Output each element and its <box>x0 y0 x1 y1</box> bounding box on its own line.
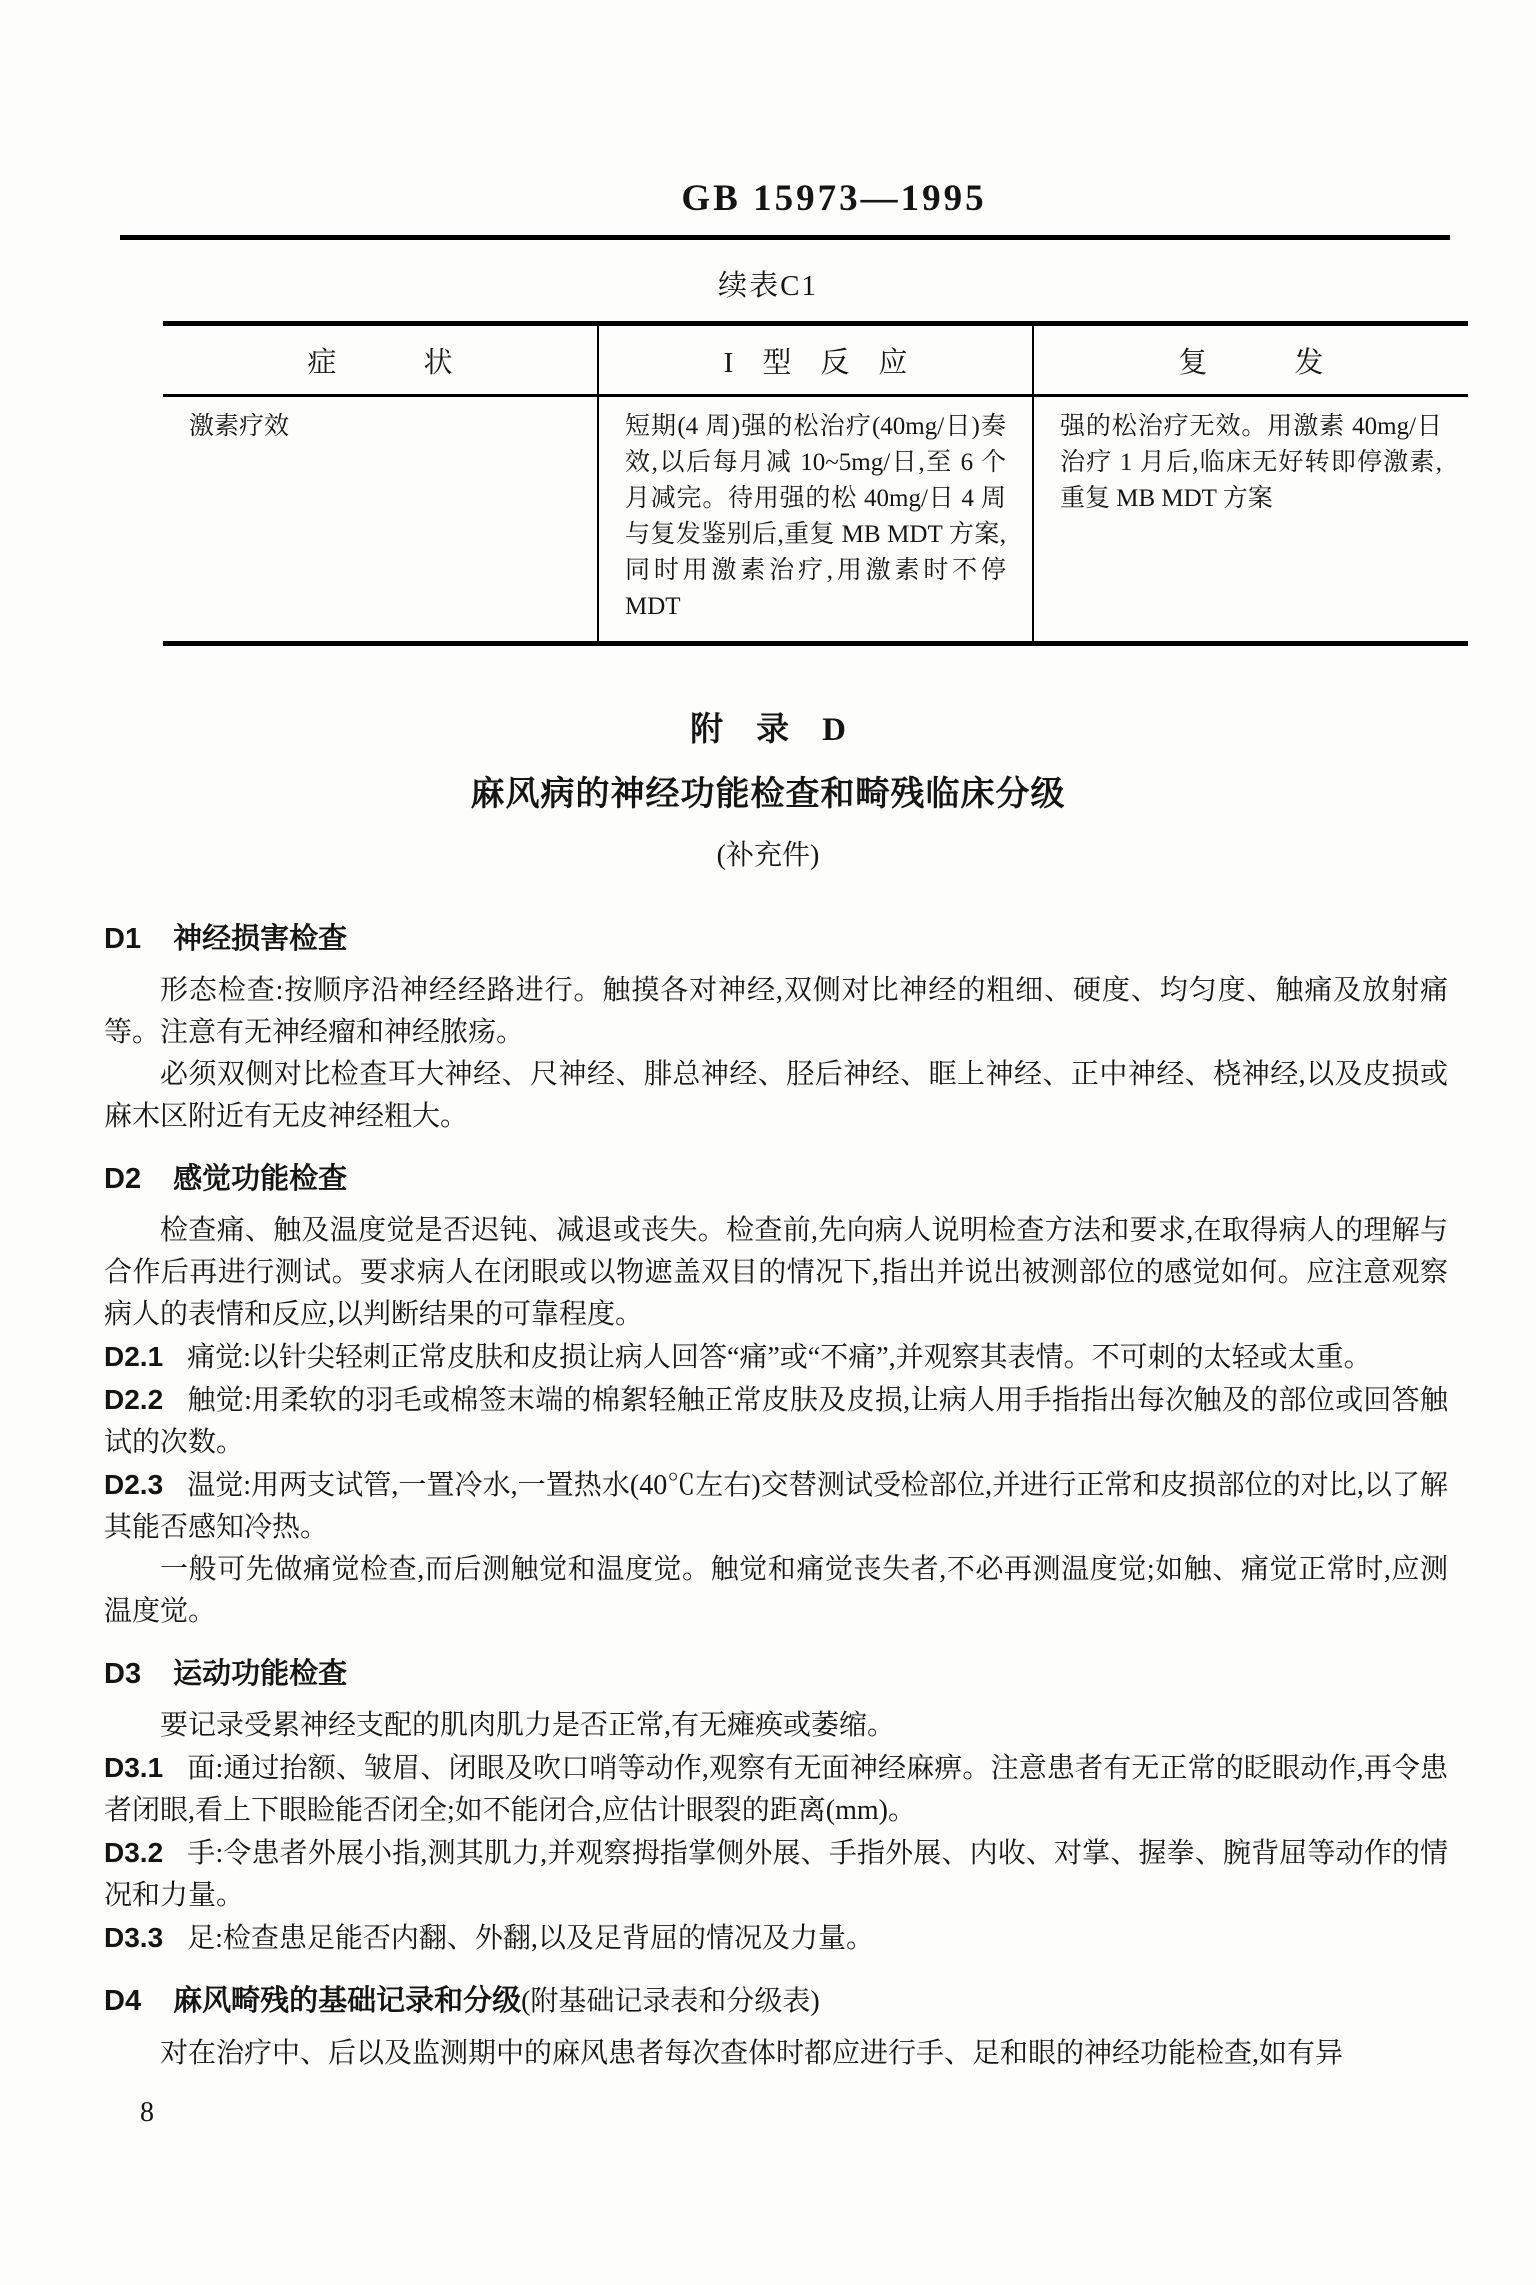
clause-text: 面:通过抬额、皱眉、闭眼及吹口哨等动作,观察有无面神经麻痹。注意患者有无正常的眨… <box>104 1753 1448 1826</box>
table-header-row: 症 状 I 型 反 应 复 发 <box>163 324 1468 396</box>
clause-d2-3: D2.3温觉:用两支试管,一置冷水,一置热水(40℃左右)交替测试受检部位,并进… <box>104 1464 1448 1549</box>
clause-text: 手:令患者外展小指,测其肌力,并观察拇指掌侧外展、手指外展、内收、对掌、握拳、腕… <box>104 1838 1448 1911</box>
section-title: 感觉功能检查 <box>173 1163 347 1195</box>
section-title: 运动功能检查 <box>173 1658 347 1690</box>
clause-d3-1: D3.1面:通过抬额、皱眉、闭眼及吹口哨等动作,观察有无面神经麻痹。注意患者有无… <box>104 1747 1448 1832</box>
col-header-relapse: 复 发 <box>1033 324 1468 396</box>
table-caption: 续表C1 <box>0 266 1536 306</box>
section-title: 神经损害检查 <box>173 923 347 955</box>
table-row: 激素疗效 短期(4 周)强的松治疗(40mg/日)奏效,以后每月减 10~5mg… <box>163 396 1468 644</box>
paragraph-d2-outro: 一般可先做痛觉检查,而后测触觉和温度觉。触觉和痛觉丧失者,不必再测温度觉;如触、… <box>104 1549 1448 1633</box>
section-heading-d1: D1神经损害检查 <box>104 918 1448 960</box>
section-number: D3 <box>104 1658 141 1690</box>
paragraph-d3-intro: 要记录受累神经支配的肌肉肌力是否正常,有无瘫痪或萎缩。 <box>104 1705 1448 1747</box>
clause-d3-2: D3.2手:令患者外展小指,测其肌力,并观察拇指掌侧外展、手指外展、内收、对掌、… <box>104 1832 1448 1917</box>
paragraph-d4-1: 对在治疗中、后以及监测期中的麻风患者每次查体时都应进行手、足和眼的神经功能检查,… <box>104 2033 1448 2075</box>
section-heading-d3: D3运动功能检查 <box>104 1653 1448 1695</box>
appendix-subtitle: 麻风病的神经功能检查和畸残临床分级 <box>0 772 1536 818</box>
clause-number: D2.1 <box>104 1341 163 1372</box>
page-number: 8 <box>140 2093 1536 2133</box>
appendix-title: 附 录 D <box>0 708 1536 752</box>
clause-number: D3.2 <box>104 1837 163 1868</box>
section-title: 麻风畸残的基础记录和分级 <box>173 1985 521 2017</box>
section-title-suffix: (附基础记录表和分级表) <box>521 1986 820 2017</box>
clause-text: 痛觉:以针尖轻刺正常皮肤和皮损让病人回答“痛”或“不痛”,并观察其表情。不可刺的… <box>187 1342 1372 1373</box>
clause-text: 触觉:用柔软的羽毛或棉签末端的棉絮轻触正常皮肤及皮损,让病人用手指指出每次触及的… <box>104 1385 1448 1458</box>
section-number: D1 <box>104 923 141 955</box>
clause-number: D2.3 <box>104 1469 163 1500</box>
section-heading-d4: D4麻风畸残的基础记录和分级(附基础记录表和分级表) <box>104 1980 1448 2023</box>
clause-d2-2: D2.2触觉:用柔软的羽毛或棉签末端的棉絮轻触正常皮肤及皮损,让病人用手指指出每… <box>104 1379 1448 1464</box>
document-page: GB 15973—1995 续表C1 症 状 I 型 反 应 复 发 激素疗效 … <box>0 0 1536 2285</box>
section-number: D4 <box>104 1985 141 2017</box>
header-rule <box>120 235 1450 240</box>
clause-text: 足:检查患足能否内翻、外翻,以及足背屈的情况及力量。 <box>187 1923 874 1954</box>
cell-symptom: 激素疗效 <box>163 396 598 644</box>
doc-code: GB 15973—1995 <box>66 0 1536 222</box>
section-number: D2 <box>104 1163 141 1195</box>
clause-text: 温觉:用两支试管,一置冷水,一置热水(40℃左右)交替测试受检部位,并进行正常和… <box>104 1470 1448 1543</box>
clause-number: D3.3 <box>104 1922 163 1953</box>
clause-d2-1: D2.1痛觉:以针尖轻刺正常皮肤和皮损让病人回答“痛”或“不痛”,并观察其表情。… <box>104 1336 1448 1379</box>
paragraph-d2-intro: 检查痛、触及温度觉是否迟钝、减退或丧失。检查前,先向病人说明检查方法和要求,在取… <box>104 1210 1448 1336</box>
cell-relapse: 强的松治疗无效。用激素 40mg/日治疗 1 月后,临床无好转即停激素,重复 M… <box>1033 396 1468 644</box>
col-header-type1-reaction: I 型 反 应 <box>598 324 1033 396</box>
clause-number: D3.1 <box>104 1752 163 1783</box>
appendix-note: (补充件) <box>0 836 1536 876</box>
cell-type1-reaction: 短期(4 周)强的松治疗(40mg/日)奏效,以后每月减 10~5mg/日,至 … <box>598 396 1033 644</box>
paragraph-d1-1: 形态检查:按顺序沿神经经路进行。触摸各对神经,双侧对比神经的粗细、硬度、均匀度、… <box>104 970 1448 1054</box>
clause-d3-3: D3.3足:检查患足能否内翻、外翻,以及足背屈的情况及力量。 <box>104 1917 1448 1960</box>
col-header-symptom: 症 状 <box>163 324 598 396</box>
continuation-table-c1: 症 状 I 型 反 应 复 发 激素疗效 短期(4 周)强的松治疗(40mg/日… <box>163 321 1468 646</box>
appendix-body: D1神经损害检查 形态检查:按顺序沿神经经路进行。触摸各对神经,双侧对比神经的粗… <box>104 918 1448 2075</box>
section-heading-d2: D2感觉功能检查 <box>104 1158 1448 1200</box>
clause-number: D2.2 <box>104 1384 163 1415</box>
paragraph-d1-2: 必须双侧对比检查耳大神经、尺神经、腓总神经、胫后神经、眶上神经、正中神经、桡神经… <box>104 1054 1448 1138</box>
